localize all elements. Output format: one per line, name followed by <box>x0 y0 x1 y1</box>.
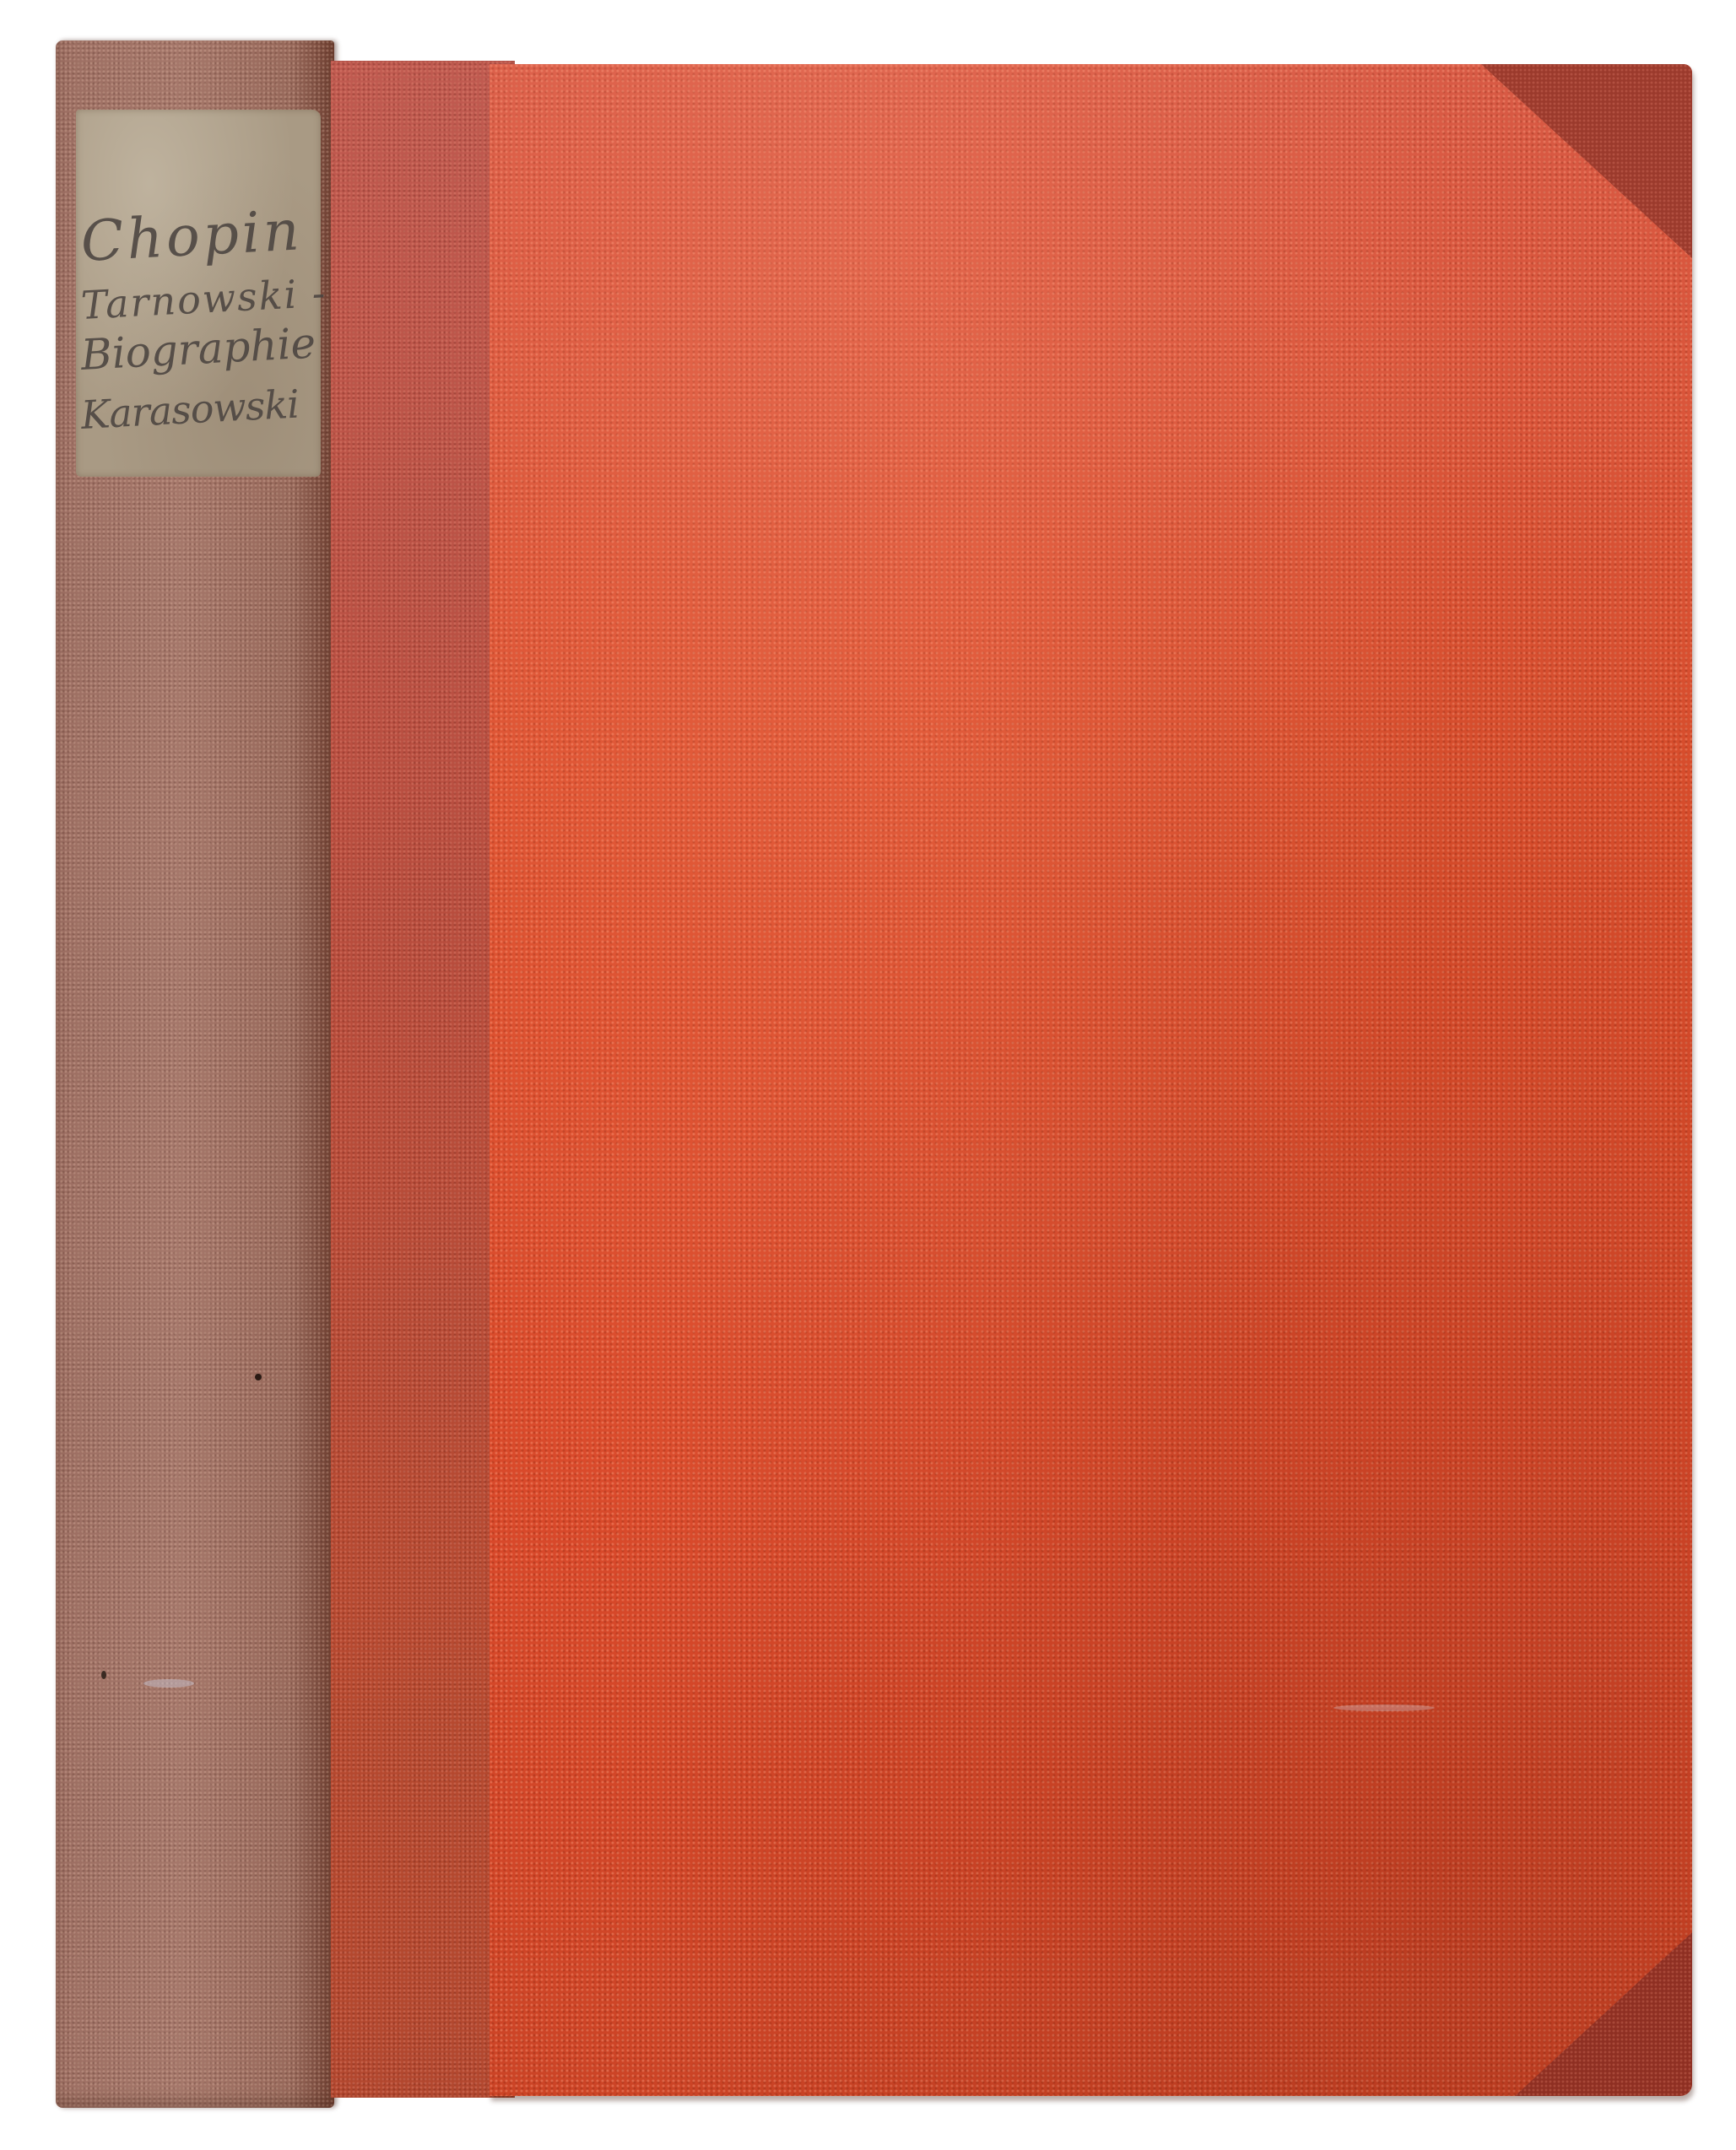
spine-scuff <box>143 1679 194 1688</box>
cover-scuff <box>1333 1704 1435 1711</box>
spine-label-line-3: Biographie <box>79 318 318 380</box>
spine-ink-spot <box>255 1374 262 1380</box>
spine-label-line-4: Karasowski <box>80 380 318 438</box>
spine-label: Chopin Tarnowski - Biographie Karasowski <box>76 110 321 477</box>
spine-label-line-1: Chopin <box>79 197 319 274</box>
leather-joint-strip <box>331 61 515 2098</box>
front-cover <box>489 64 1692 2096</box>
spine-mark <box>101 1671 106 1679</box>
